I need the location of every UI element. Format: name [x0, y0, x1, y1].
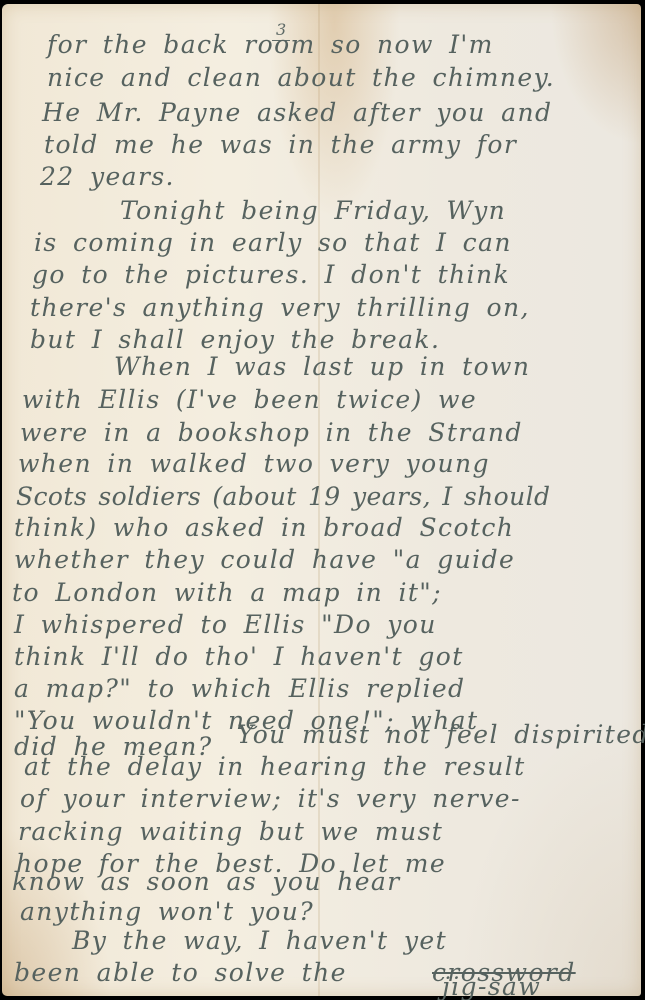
letter-line: think) who asked in broad Scotch: [14, 513, 641, 543]
letter-line: there's anything very thrilling on,: [30, 293, 641, 323]
letter-line: with Ellis (I've been twice) we: [22, 385, 641, 415]
letter-line: but I shall enjoy the break.: [30, 325, 641, 355]
letter-page: 3 for the back room so now I'm nice and …: [2, 4, 641, 996]
letter-line: I whispered to Ellis "Do you: [14, 610, 641, 640]
letter-line: think I'll do tho' I haven't got: [14, 642, 641, 672]
letter-line: go to the pictures. I don't think: [32, 260, 641, 290]
letter-line: anything won't you?: [20, 897, 641, 927]
correction-word: jig-saw: [442, 972, 641, 1000]
letter-line: Scots soldiers (about 19 years, I should: [16, 482, 641, 512]
letter-line: were in a bookshop in the Strand: [20, 418, 641, 448]
letter-line: to London with a map in it";: [12, 578, 641, 608]
letter-line: for the back room so now I'm: [47, 30, 641, 60]
letter-line: You must not feel dispirited: [237, 720, 641, 750]
letter-line: 22 years.: [40, 162, 641, 192]
letter-line: a map?" to which Ellis replied: [14, 674, 641, 704]
letter-line: at the delay in hearing the result: [24, 752, 641, 782]
letter-line: when in walked two very young: [18, 449, 641, 479]
letter-line: is coming in early so that I can: [34, 228, 641, 258]
letter-line: Tonight being Friday, Wyn: [120, 196, 641, 226]
letter-line: When I was last up in town: [114, 352, 641, 382]
letter-line: know as soon as you hear: [12, 867, 641, 897]
letter-line: of your interview; it's very nerve-: [20, 784, 641, 814]
letter-line: nice and clean about the chimney.: [47, 63, 641, 93]
letter-line: whether they could have "a guide: [14, 545, 641, 575]
letter-line: racking waiting but we must: [18, 817, 641, 847]
letter-line: told me he was in the army for: [44, 130, 641, 160]
letter-line: He Mr. Payne asked after you and: [42, 98, 641, 128]
letter-line: By the way, I haven't yet: [72, 926, 641, 956]
